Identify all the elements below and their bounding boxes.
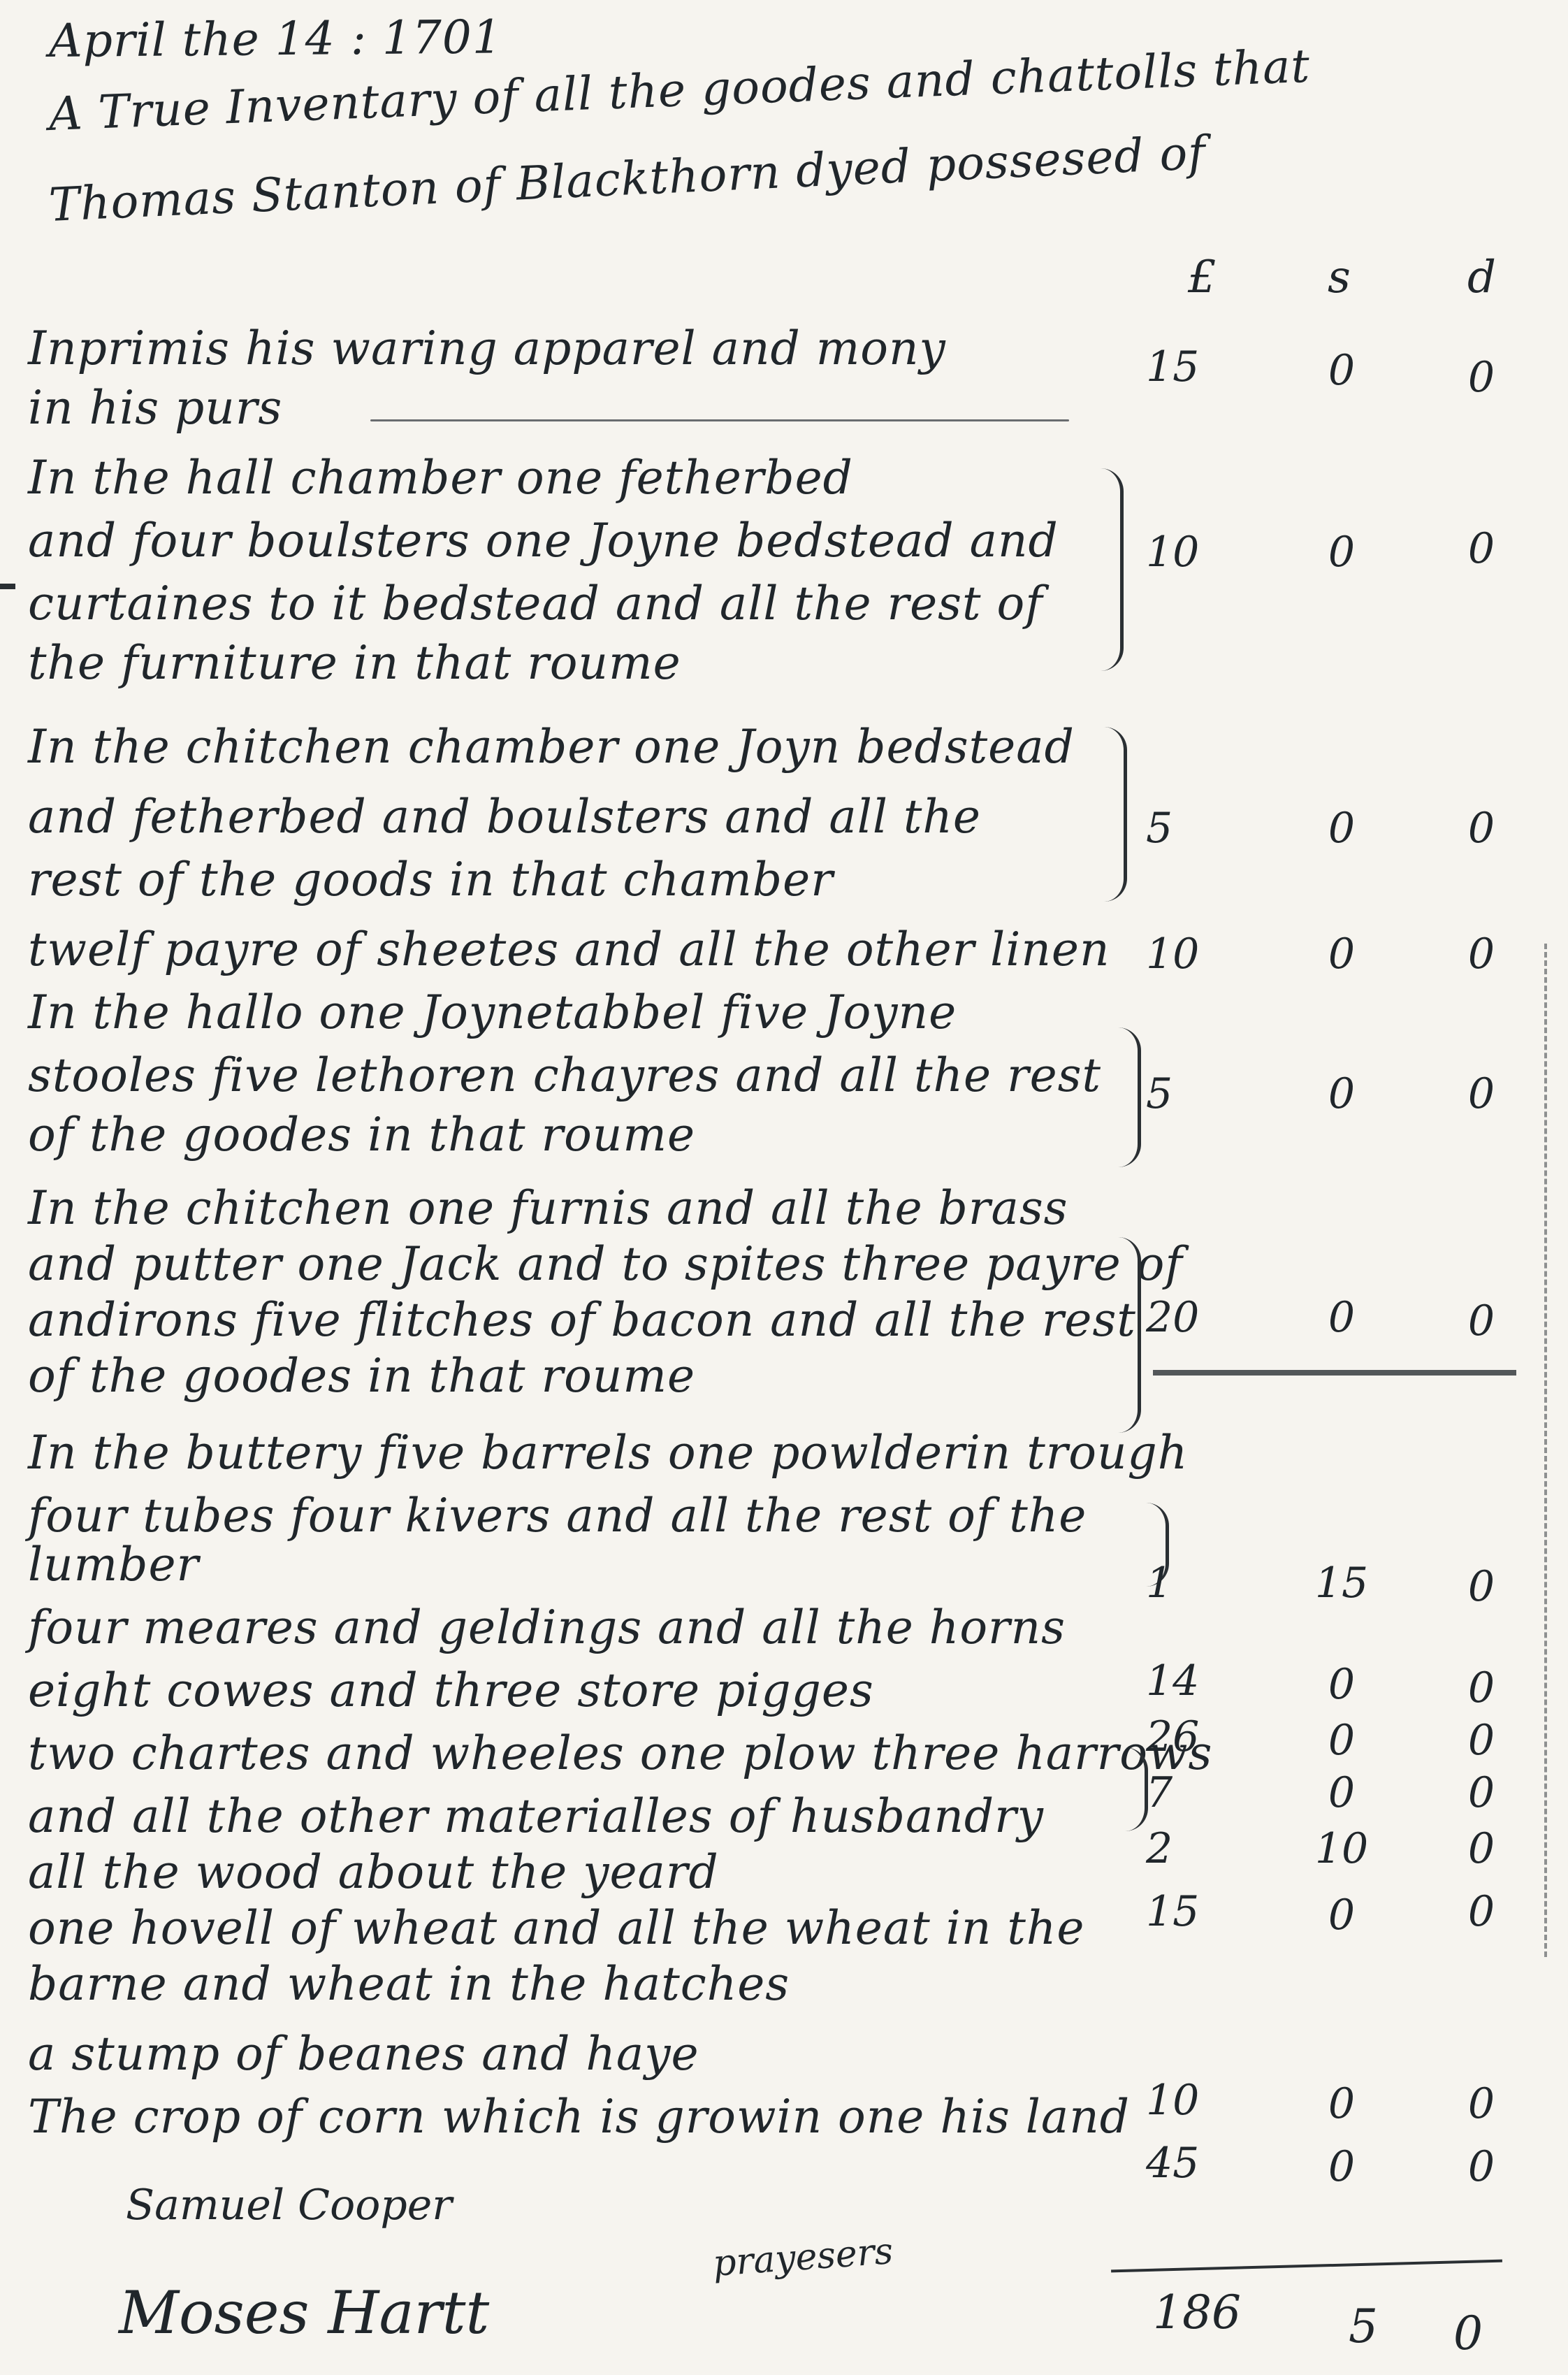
entry-line: of the goodes in that roume — [28, 1108, 695, 1162]
pence-value: 0 — [1453, 1716, 1509, 1765]
pounds-value: 15 — [1146, 1887, 1244, 1936]
torn-right-edge — [1540, 944, 1547, 1957]
entry-line: In the hall chamber one fetherbed — [28, 451, 853, 505]
pence-value: 0 — [1453, 1768, 1509, 1817]
entry-brace — [1125, 1747, 1148, 1831]
entry-line: four meares and geldings and all the hor… — [28, 1601, 1066, 1654]
entry-line: a stump of beanes and haye — [28, 2027, 699, 2081]
shillings-value: 0 — [1307, 528, 1377, 577]
entry-brace — [1118, 1027, 1141, 1167]
pence-value: 0 — [1453, 1663, 1509, 1712]
entry-brace — [1101, 468, 1124, 671]
entry-line: stooles five lethoren chayres and all th… — [28, 1048, 1101, 1102]
entry-line: all the wood about the yeard — [28, 1845, 719, 1899]
pounds-value: 1 — [1146, 1559, 1244, 1608]
entry-line: rest of the goods in that chamber — [28, 853, 834, 907]
shillings-value: 0 — [1307, 1768, 1377, 1817]
entry-line: two chartes and wheeles one plow three h… — [28, 1726, 1212, 1780]
shillings-value: 0 — [1307, 2079, 1377, 2128]
entry-line: In the chitchen one furnis and all the b… — [28, 1181, 1068, 1235]
entry-line: eight cowes and three store pigges — [28, 1663, 874, 1717]
appraiser-name-2: Moses Hartt — [119, 2279, 489, 2347]
shillings-value: 10 — [1307, 1824, 1377, 1873]
entry-line: curtaines to it bedstead and all the res… — [28, 577, 1043, 630]
entry-line: lumber — [28, 1538, 199, 1591]
shillings-value: 0 — [1307, 1891, 1377, 1940]
shillings-value: 0 — [1307, 346, 1377, 395]
date-line: April the 14 : 1701 — [49, 10, 503, 68]
total-rule — [1111, 2260, 1502, 2273]
pounds-value: 2 — [1146, 1824, 1244, 1873]
shillings-value: 0 — [1307, 1069, 1377, 1118]
entry-line: In the chitchen chamber one Joyn bedstea… — [28, 720, 1075, 774]
shillings-value: 0 — [1307, 1716, 1377, 1765]
entry-line: one hovell of wheat and all the wheat in… — [28, 1901, 1084, 1955]
entry-line: In the hallo one Joynetabbel five Joyne — [28, 986, 957, 1039]
inventory-page: April the 14 : 1701 A True Inventary of … — [0, 0, 1568, 2375]
shillings-value: 0 — [1307, 804, 1377, 853]
pence-value: 0 — [1453, 2142, 1509, 2191]
entry-line: In the buttery five barrels one powlderi… — [28, 1426, 1188, 1480]
entry-line: the furniture in that roume — [28, 636, 681, 690]
total-shillings: 5 — [1349, 2300, 1378, 2353]
shillings-header: s — [1328, 252, 1351, 303]
pence-value: 0 — [1453, 930, 1509, 979]
pence-value: 0 — [1453, 1887, 1509, 1936]
title-line-2: Thomas Stanton of Blackthorn dyed posses… — [48, 126, 1207, 232]
shillings-value: 0 — [1307, 930, 1377, 979]
struck-through-line — [1153, 1370, 1516, 1376]
shillings-value: 0 — [1307, 1660, 1377, 1709]
pounds-value: 5 — [1146, 1069, 1244, 1118]
margin-ink-mark — [0, 584, 15, 589]
pounds-header: £ — [1188, 252, 1217, 303]
pounds-value: 20 — [1146, 1293, 1244, 1342]
pounds-value: 5 — [1146, 804, 1244, 853]
entry-line: barne and wheat in the hatches — [28, 1957, 790, 2011]
pounds-value: 10 — [1146, 930, 1244, 979]
entry-line: and putter one Jack and to spites three … — [28, 1237, 1183, 1291]
entry-line: andirons five flitches of bacon and all … — [28, 1293, 1136, 1347]
pounds-value: 45 — [1146, 2139, 1244, 2188]
entry-brace — [1118, 1237, 1141, 1433]
entry-line: of the goodes in that roume — [28, 1349, 695, 1403]
pence-value: 0 — [1453, 1824, 1509, 1873]
pence-value: 0 — [1453, 1562, 1509, 1611]
pence-value: 0 — [1453, 804, 1509, 853]
pence-header: d — [1467, 252, 1496, 303]
pence-value: 0 — [1453, 1069, 1509, 1118]
pence-value: 0 — [1453, 353, 1509, 402]
total-pence: 0 — [1453, 2307, 1483, 2360]
pence-value: 0 — [1453, 1297, 1509, 1345]
shillings-value: 0 — [1307, 1293, 1377, 1342]
entry-line: in his purs — [28, 381, 282, 435]
entry-line: four tubes four kivers and all the rest … — [28, 1489, 1087, 1543]
entry-line: and fetherbed and boulsters and all the — [28, 790, 981, 844]
entry-line: Inprimis his waring apparel and mony — [28, 322, 946, 375]
entry-underline — [370, 419, 1069, 421]
pence-value: 0 — [1453, 2079, 1509, 2128]
entry-line: The crop of corn which is growin one his… — [28, 2090, 1130, 2144]
shillings-value: 0 — [1307, 2142, 1377, 2191]
pounds-value: 14 — [1146, 1656, 1244, 1705]
entry-line: and all the other materialles of husband… — [28, 1789, 1044, 1843]
entry-line: twelf payre of sheetes and all the other… — [28, 923, 1110, 976]
pounds-value: 15 — [1146, 342, 1244, 391]
total-pounds: 186 — [1153, 2286, 1241, 2339]
appraiser-name-1: Samuel Cooper — [126, 2181, 452, 2230]
entry-line: and four boulsters one Joyne bedstead an… — [28, 514, 1059, 568]
pounds-value: 10 — [1146, 2076, 1244, 2125]
shillings-value: 15 — [1307, 1559, 1377, 1608]
pence-value: 0 — [1453, 524, 1509, 573]
appraisers-label: prayesers — [711, 2230, 894, 2285]
pounds-value: 7 — [1146, 1768, 1244, 1817]
pounds-value: 10 — [1146, 528, 1244, 577]
entry-brace — [1104, 727, 1127, 902]
